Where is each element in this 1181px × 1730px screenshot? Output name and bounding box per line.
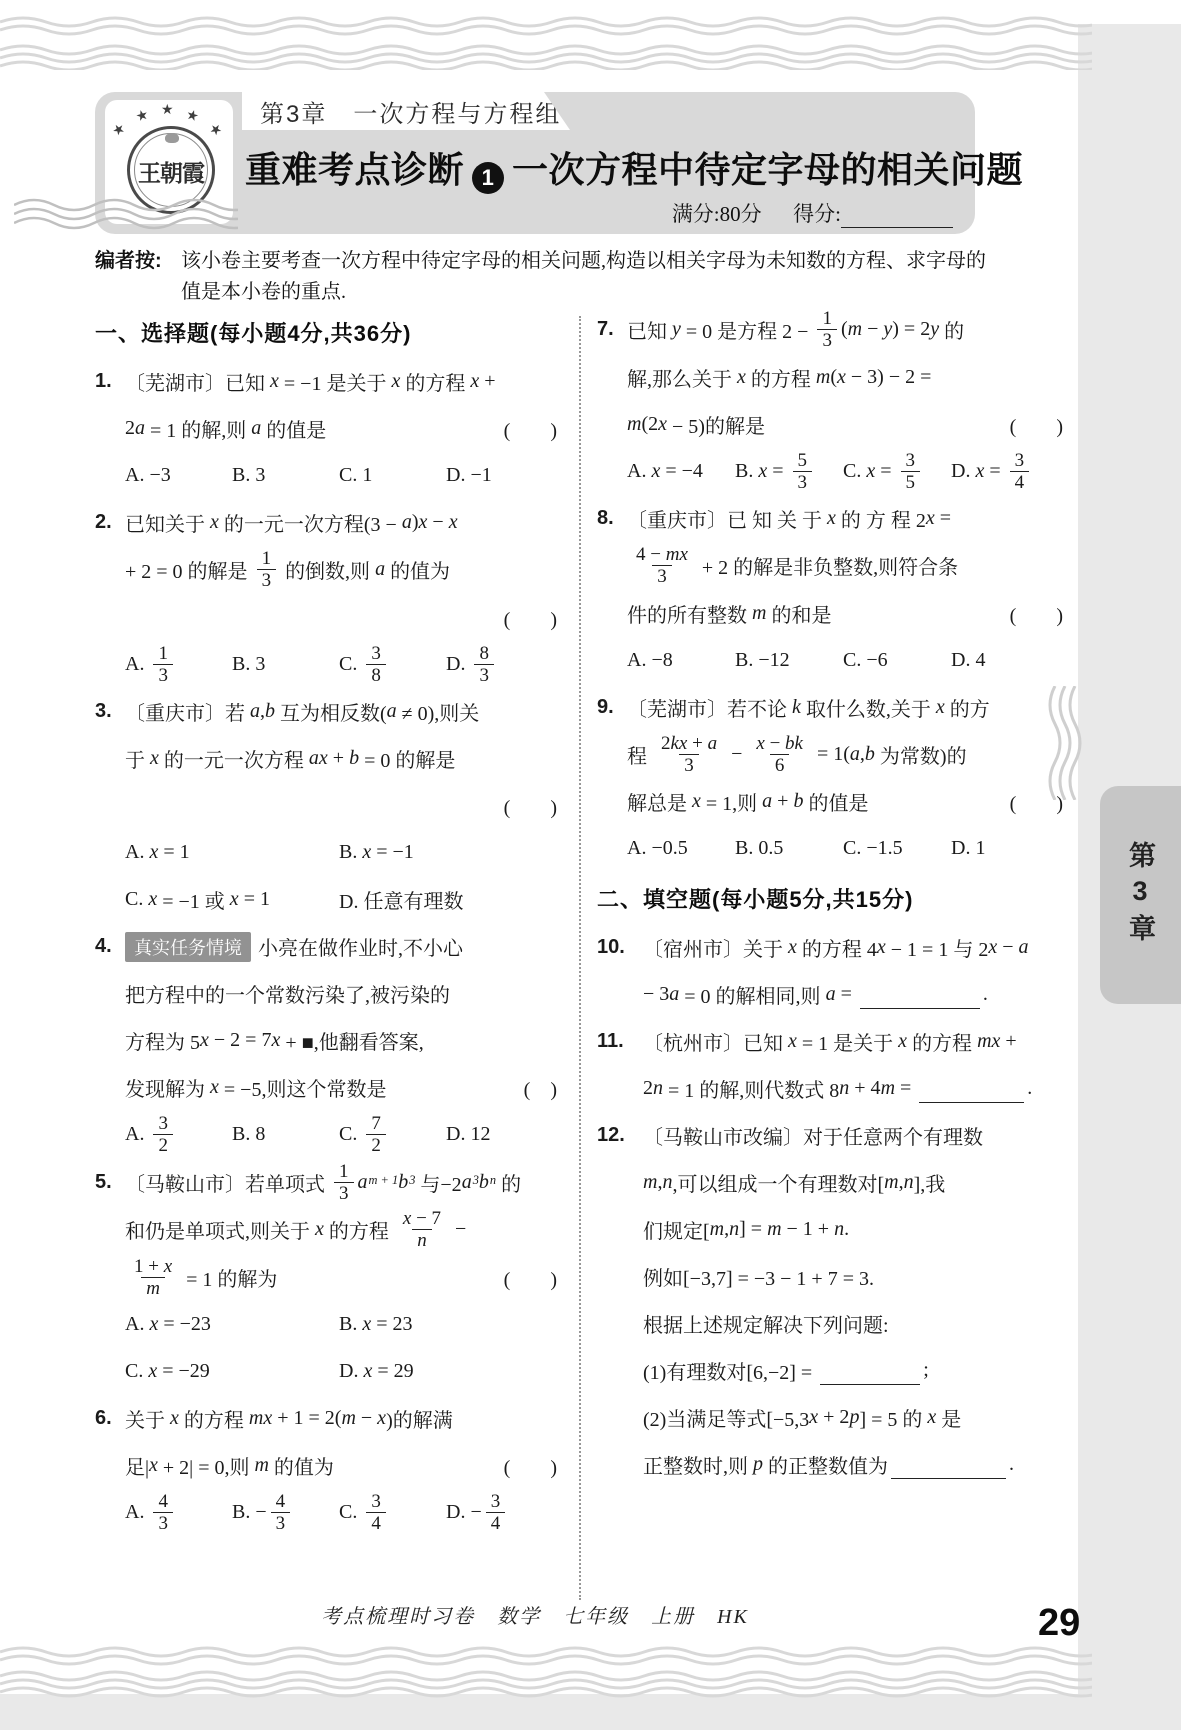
fraction-denominator: 3: [153, 1512, 173, 1534]
problem-line: 把方程中的一个常数污染了,被污染的: [125, 970, 557, 1017]
math-var: x: [210, 1076, 219, 1099]
text: 解,那么关于: [627, 363, 737, 392]
fraction-denominator: 3: [679, 754, 699, 776]
option: D. 4: [951, 649, 1059, 672]
text: C.: [125, 1360, 148, 1383]
title-main: 一次方程中待定字母的相关问题: [512, 149, 1023, 190]
problem-line: 1.〔芜湖市〕已知 x = −1 是关于 x 的方程 x +: [125, 358, 557, 405]
options-row: A. x = −4B. x = 53C. x = 35D. x = 34: [627, 448, 1063, 496]
fraction-numerator: 1: [153, 643, 173, 664]
text: = 1: [239, 888, 270, 911]
option: A. 32: [125, 1111, 232, 1159]
editor-note-line1: 该小卷主要考查一次方程中待定字母的相关问题,构造以相关字母为未知数的方程、求字母…: [181, 250, 986, 272]
math-var: x: [377, 1407, 386, 1430]
option: A. x = 1: [125, 841, 339, 864]
text: = 0 的解相同,则: [679, 980, 825, 1009]
chapter-tab: 第3章 一次方程与方程组: [242, 92, 570, 130]
section-heading: 二、填空题(每小题5分,共15分): [597, 872, 1063, 924]
problem-line: 2.已知关于 x 的一元一次方程(3 − a)x − x: [125, 499, 557, 546]
fraction-numerator: x − bk: [751, 733, 808, 754]
math-var: x: [877, 936, 886, 959]
problem-line: 和仍是单项式,则关于 x 的方程 x − 7n −: [125, 1206, 557, 1254]
editor-note-label: 编者按:: [95, 246, 181, 277]
text: 的正整数值为: [763, 1450, 888, 1479]
text: C. 1: [339, 464, 372, 487]
options-row: A. −3B. 3C. 1D. −1: [125, 452, 557, 499]
fraction-denominator: 6: [770, 754, 790, 776]
answer-paren: ( ): [524, 1073, 557, 1102]
text: 1: [339, 1161, 349, 1182]
math-var: x: [975, 460, 984, 483]
option: B. −12: [735, 649, 843, 672]
option: B. 3: [232, 464, 339, 487]
problem-line: 们规定[m,n] = m − 1 + n.: [643, 1206, 1063, 1253]
math-var: x: [150, 747, 159, 770]
problem-number: 2.: [95, 511, 125, 534]
math-var: a: [402, 511, 412, 534]
fraction-numerator: 1: [817, 308, 837, 329]
text: ,可以组成一个有理数对[: [672, 1168, 884, 1197]
problem-number: 6.: [95, 1407, 125, 1430]
problem-line: 例如[−3,7] = −3 − 1 + 7 = 3.: [643, 1253, 1063, 1300]
fraction-numerator: 3: [366, 643, 386, 664]
problem-line: ( ): [125, 782, 557, 829]
title-number-badge: 1: [472, 162, 504, 194]
text: A.: [125, 653, 149, 676]
fraction: 34: [366, 1491, 386, 1535]
text: = −1: [371, 841, 414, 864]
column-left: 一、选择题(每小题4分,共36分)1.〔芜湖市〕已知 x = −1 是关于 x …: [95, 306, 557, 1537]
math-var: x: [403, 1208, 411, 1229]
math-var: m: [710, 1218, 724, 1241]
math-var: x: [692, 790, 701, 813]
math-var: x: [926, 507, 935, 530]
column-right: 7.已知 y = 0 是方程 2 − 13(m − y) = 2y 的解,那么关…: [597, 306, 1063, 1488]
text: 的值是: [261, 414, 326, 443]
text: 的一元一次方程: [159, 744, 309, 773]
options-row: A. −0.5B. 0.5C. −1.5D. 1: [627, 825, 1063, 872]
text: 〔宿州市〕关于: [643, 933, 788, 962]
problem-number: 7.: [597, 318, 627, 341]
math-var: x: [170, 1407, 179, 1430]
fraction-numerator: 7: [366, 1113, 386, 1134]
text: = 29: [372, 1360, 413, 1383]
math-var: m: [341, 1407, 355, 1430]
math-var: m: [627, 413, 641, 436]
text: 正整数时,则: [643, 1450, 753, 1479]
math-var: b: [398, 1171, 408, 1194]
fraction-denominator: 3: [153, 664, 173, 686]
text: =: [836, 983, 857, 1006]
text: 3: [262, 570, 272, 591]
text: ;: [923, 1359, 929, 1382]
column-divider: [579, 316, 581, 1600]
text: 1: [822, 308, 832, 329]
text: +: [687, 733, 707, 754]
fraction: 53: [793, 450, 813, 494]
problem-line: 解,那么关于 x 的方程 m(x − 3) − 2 =: [627, 354, 1063, 401]
problem-line: 根据上述规定解决下列问题:: [643, 1300, 1063, 1347]
option: D. 1: [951, 837, 1059, 860]
problem-3: 3.〔重庆市〕若 a,b 互为相反数(a ≠ 0),则关于 x 的一元一次方程 …: [95, 688, 557, 923]
math-var: x: [164, 1256, 172, 1277]
math-var: m: [881, 1077, 895, 1100]
math-var: x: [449, 511, 458, 534]
section-heading: 一、选择题(每小题4分,共36分): [95, 306, 557, 358]
text: −: [450, 1218, 466, 1241]
option: C. 1: [339, 464, 446, 487]
text: C. −6: [843, 649, 888, 672]
logo-star-icon: ★: [109, 120, 129, 141]
score-gap: [767, 202, 788, 226]
score-line: 满分:80分 得分:: [672, 198, 953, 228]
text: 5: [798, 450, 808, 471]
math-var: m: [816, 366, 830, 389]
problem-line: 正整数时,则 p 的正整数值为.: [643, 1441, 1063, 1488]
text: C.: [339, 1123, 362, 1146]
text: 3: [657, 566, 667, 587]
fraction-denominator: 3: [334, 1182, 354, 1204]
problem-10: 10.〔宿州市〕关于 x 的方程 4x − 1 = 1 与 2x − a− 3a…: [597, 924, 1063, 1018]
text: = −29: [157, 1360, 210, 1383]
options-row: A. x = 1B. x = −1: [125, 829, 557, 876]
text: 把方程中的一个常数污染了,被污染的: [125, 979, 450, 1008]
text: 已知关于: [125, 508, 210, 537]
problem-line: 11.〔杭州市〕已知 x = 1 是关于 x 的方程 mx +: [643, 1018, 1063, 1065]
math-var: x: [651, 460, 660, 483]
chapter-side-tab: 第3章: [1100, 786, 1181, 1004]
text: 们规定[: [643, 1215, 710, 1244]
problem-line: 6.关于 x 的方程 mx + 1 = 2(m − x)的解满: [125, 1395, 557, 1442]
fraction-denominator: 4: [486, 1512, 506, 1534]
text: = 23: [371, 1313, 412, 1336]
math-var: y: [930, 318, 939, 341]
fraction-denominator: m: [141, 1277, 165, 1299]
text: 的方: [945, 693, 990, 722]
fraction: x − bk6: [751, 733, 808, 777]
wave-border-bottom: [0, 1642, 1092, 1700]
fraction-numerator: 4 − mx: [631, 544, 693, 565]
math-var: x: [362, 1313, 371, 1336]
text: 解总是: [627, 787, 692, 816]
text: 的值为: [385, 555, 450, 584]
answer-paren: ( ): [504, 1451, 557, 1480]
problem-line: 解总是 x = 1,则 a + b 的值是( ): [627, 778, 1063, 825]
text: 4: [491, 1513, 501, 1534]
text: 1: [262, 548, 272, 569]
page-margin-bottom: [0, 1694, 1181, 1730]
problem-line: 4.真实任务情境小亮在做作业时,不小心: [125, 923, 557, 970]
text: − 7: [411, 1208, 441, 1229]
wave-line: [0, 1648, 1092, 1656]
text: (2)当满足等式[−5,3: [643, 1403, 809, 1432]
math-var: a: [135, 417, 145, 440]
text: C.: [125, 888, 148, 911]
option: A. 43: [125, 1489, 232, 1537]
option: B. x = 23: [339, 1313, 553, 1336]
text: = −23: [158, 1313, 211, 1336]
problem-line: 件的所有整数 m 的和是( ): [627, 590, 1063, 637]
option: D. 83: [446, 641, 553, 689]
text: =: [895, 1077, 916, 1100]
text: C.: [843, 460, 866, 483]
text: 2: [371, 1135, 381, 1156]
text: 小亮在做作业时,不小心: [258, 932, 463, 961]
text: − 3: [643, 983, 669, 1006]
text: B.: [735, 460, 758, 483]
text: 的值为: [269, 1451, 334, 1480]
text: 2: [661, 733, 671, 754]
fraction: 4 − mx3: [631, 544, 693, 588]
math-var: x: [419, 511, 428, 534]
text: 的一元一次方程(3 −: [219, 508, 402, 537]
text: + 2: [818, 1406, 849, 1429]
problem-line: m(2x − 5)的解是( ): [627, 401, 1063, 448]
fraction-numerator: 8: [474, 643, 494, 664]
superscript: m + 1: [369, 1173, 399, 1188]
math-var: ax: [309, 747, 328, 770]
fraction: 13: [153, 643, 173, 687]
math-var: x: [148, 1360, 157, 1383]
problem-4: 4.真实任务情境小亮在做作业时,不小心把方程中的一个常数污染了,被污染的方程为 …: [95, 923, 557, 1159]
problem-line: 于 x 的一元一次方程 ax + b = 0 的解是: [125, 735, 557, 782]
text: − 5)的解是: [667, 410, 765, 439]
text: = 0 是方程 2 −: [681, 315, 814, 344]
problem-line: 足|x + 2| = 0,则 m 的值为( ): [125, 1442, 557, 1489]
math-var: x: [149, 1454, 158, 1477]
text: 3: [491, 1491, 501, 1512]
text: 的方程: [746, 363, 816, 392]
fraction: 32: [153, 1113, 173, 1157]
text: = 1(: [812, 743, 850, 766]
math-var: bk: [785, 733, 803, 754]
math-var: x: [788, 1030, 797, 1053]
text: C.: [339, 653, 362, 676]
text: A.: [125, 1313, 149, 1336]
math-var: mx: [977, 1030, 1000, 1053]
options-row: A. −8B. −12C. −6D. 4: [627, 637, 1063, 684]
problem-line: 1 + xm = 1 的解为( ): [125, 1254, 557, 1302]
math-var: x: [391, 370, 400, 393]
fraction-numerator: 1 + x: [129, 1256, 177, 1277]
text: 的和是: [766, 599, 831, 628]
logo-name: 王朝霞: [130, 155, 212, 188]
text: )的解满: [386, 1404, 453, 1433]
text: ] =: [739, 1218, 767, 1241]
text: 4: [371, 1513, 381, 1534]
options-row: A. 43B. −43C. 34D. −34: [125, 1489, 557, 1537]
text: 4: [276, 1491, 286, 1512]
option: D. 任意有理数: [339, 885, 553, 914]
answer-paren: ( ): [1010, 787, 1063, 816]
math-var: kx: [671, 733, 688, 754]
text: =: [875, 460, 896, 483]
text: D. −: [446, 1501, 482, 1524]
answer-paren: ( ): [504, 603, 557, 632]
text: 例如[−3,7] = −3 − 1 + 7 = 3.: [643, 1262, 874, 1291]
math-var: x: [363, 1360, 372, 1383]
text: 3: [684, 755, 694, 776]
option: D. −1: [446, 464, 553, 487]
text: 程: [627, 740, 652, 769]
text: ],我: [914, 1168, 946, 1197]
text: 3: [158, 1113, 168, 1134]
problem-line: 12.〔马鞍山市改编〕对于任意两个有理数: [643, 1112, 1063, 1159]
text: 〔重庆市〕已 知 关 于: [627, 504, 827, 533]
math-var: b: [793, 790, 803, 813]
problem-line: m,n,可以组成一个有理数对[m,n],我: [643, 1159, 1063, 1206]
option: B. 8: [232, 1123, 339, 1146]
answer-blank: [860, 984, 980, 1009]
answer-paren: ( ): [504, 1263, 557, 1292]
math-var: m: [254, 1454, 268, 1477]
text: 的 方 程 2: [836, 504, 926, 533]
fraction-denominator: 3: [652, 565, 672, 587]
math-var: a: [826, 983, 836, 1006]
problem-line: 2a = 1 的解,则 a 的值是( ): [125, 405, 557, 452]
math-var: x: [756, 733, 764, 754]
text: − 3) − 2 =: [846, 366, 932, 389]
text: 件的所有整数: [627, 599, 752, 628]
math-var: b: [349, 747, 359, 770]
math-var: b: [265, 700, 275, 723]
text: .: [1027, 1077, 1032, 1100]
math-var: a: [850, 743, 860, 766]
option: D. x = 34: [951, 448, 1059, 496]
math-var: m: [884, 1171, 898, 1194]
text: +: [1000, 1030, 1016, 1053]
text: 3: [371, 1491, 381, 1512]
problem-line: 5.〔马鞍山市〕若单项式 13am + 1b3 与−2a3bn 的: [125, 1159, 557, 1207]
math-var: a: [462, 1171, 472, 1194]
text: 于: [125, 744, 150, 773]
text: + 2 = 0 的解是: [125, 555, 253, 584]
math-var: a: [762, 790, 772, 813]
text: 4: [1015, 472, 1025, 493]
text: B. 3: [232, 464, 265, 487]
text: = 1 的解为: [181, 1263, 277, 1292]
text: 的方程: [179, 1404, 249, 1433]
fraction: 1 + xm: [129, 1256, 177, 1300]
math-var: x: [927, 1406, 936, 1429]
math-var: x: [148, 888, 157, 911]
text: 3: [158, 665, 168, 686]
text: (2: [641, 413, 658, 436]
editor-note-line2: 值是本小卷的重点.: [181, 281, 346, 303]
problem-line: 程 2kx + a3 − x − bk6 = 1(a,b 为常数)的: [627, 731, 1063, 779]
text: 和仍是单项式,则关于: [125, 1215, 315, 1244]
fraction-denominator: 4: [366, 1512, 386, 1534]
wave-border-top: [0, 12, 1092, 70]
problem-line: − 3a = 0 的解相同,则 a = .: [643, 971, 1063, 1018]
problem-line: 7.已知 y = 0 是方程 2 − 13(m − y) = 2y 的: [627, 306, 1063, 354]
fraction-denominator: 3: [474, 664, 494, 686]
text: D.: [446, 653, 470, 676]
text: −: [765, 733, 785, 754]
problem-1: 1.〔芜湖市〕已知 x = −1 是关于 x 的方程 x +2a = 1 的解,…: [95, 358, 557, 499]
text: 1 +: [134, 1256, 164, 1277]
problem-8: 8.〔重庆市〕已 知 关 于 x 的 方 程 2x =4 − mx3 + 2 的…: [597, 495, 1063, 684]
text: 互为相反数(: [275, 697, 387, 726]
math-var: x: [898, 1030, 907, 1053]
fraction: 43: [153, 1491, 173, 1535]
math-var: m: [752, 602, 766, 625]
text: B. −12: [735, 649, 790, 672]
fraction-numerator: 4: [271, 1491, 291, 1512]
options-row: A. 32B. 8C. 72D. 12: [125, 1111, 557, 1159]
fraction: 72: [366, 1113, 386, 1157]
text: 3: [906, 450, 916, 471]
fraction: 13: [817, 308, 837, 352]
text: =: [935, 507, 951, 530]
fraction-numerator: 3: [153, 1113, 173, 1134]
text: 2: [643, 1077, 653, 1100]
text: 2: [125, 417, 135, 440]
footer-text: 考点梳理时习卷 数学 七年级 上册 HK: [95, 1600, 975, 1629]
math-var: mx: [249, 1407, 272, 1430]
full-score-label: 满分:80分: [672, 202, 762, 226]
score-label: 得分:: [793, 202, 841, 226]
problem-5: 5.〔马鞍山市〕若单项式 13am + 1b3 与−2a3bn 的和仍是单项式,…: [95, 1159, 557, 1396]
text: = 0 的解是: [359, 744, 455, 773]
option: C. 72: [339, 1111, 446, 1159]
superscript: n: [490, 1173, 496, 1188]
text: B. 0.5: [735, 837, 783, 860]
text: 3: [798, 472, 808, 493]
math-var: x: [988, 936, 997, 959]
text: +: [328, 747, 349, 770]
text: + 4: [849, 1077, 880, 1100]
text: 关于: [125, 1404, 170, 1433]
text: D. −1: [446, 464, 492, 487]
fraction-denominator: 8: [366, 664, 386, 686]
text: −: [726, 743, 747, 766]
text: (1)有理数对[6,−2] =: [643, 1356, 817, 1385]
text: − 1 +: [782, 1218, 835, 1241]
chapter-tab-label: 第3章 一次方程与方程组: [260, 94, 561, 129]
logo-portrait-icon: [165, 133, 179, 143]
text: =: [984, 460, 1005, 483]
text: A. −3: [125, 464, 171, 487]
text: B. 3: [232, 653, 265, 676]
math-var: x: [809, 1406, 818, 1429]
option: C. 34: [339, 1489, 446, 1537]
fraction: 13: [257, 548, 277, 592]
fraction-denominator: n: [412, 1229, 432, 1251]
text: D. 4: [951, 649, 985, 672]
text: 8: [371, 665, 381, 686]
option: B. 3: [232, 653, 339, 676]
option: C. x = −1 或 x = 1: [125, 885, 339, 914]
answer-paren: ( ): [504, 791, 557, 820]
fraction: 35: [901, 450, 921, 494]
text: 的方程: [400, 367, 470, 396]
text: 6: [775, 755, 785, 776]
text: ) = 2: [892, 318, 930, 341]
fraction: 83: [474, 643, 494, 687]
math-var: n: [417, 1230, 427, 1251]
text: A.: [125, 1501, 149, 1524]
problem-line: 3.〔重庆市〕若 a,b 互为相反数(a ≠ 0),则关: [125, 688, 557, 735]
wave-line: [0, 54, 1092, 62]
problem-line: 方程为 5x − 2 = 7x + ■,他翻看答案,: [125, 1017, 557, 1064]
text: −: [427, 511, 448, 534]
text: −: [862, 318, 883, 341]
text: (: [830, 366, 837, 389]
text: 的方程: [324, 1215, 394, 1244]
math-var: x: [737, 366, 746, 389]
text: .: [1009, 1453, 1014, 1476]
